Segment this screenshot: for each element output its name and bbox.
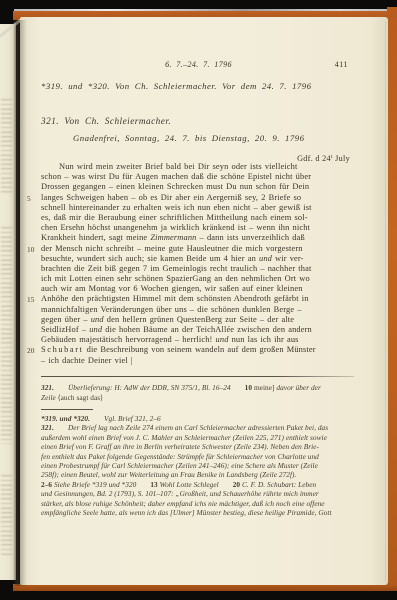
text-segment: besuchte, wundert sich auch; sie kamen B… xyxy=(41,254,259,263)
margin-line-number: 20 xyxy=(27,346,39,356)
text-segment: gegen über – xyxy=(41,315,91,324)
text-segment: 20 xyxy=(233,480,240,489)
text-line: schnell hintereinander zu erhalten weis … xyxy=(41,203,356,213)
text-line: es, daß mir die Beraubung einer schriftl… xyxy=(41,213,356,223)
text-segment: Nun wird mein zweiter Brief bald bei Dir… xyxy=(59,162,297,171)
text-segment: langes Schweigen haben – ob es Dir aber … xyxy=(41,193,301,202)
book-cover-right-edge xyxy=(387,7,397,593)
letter-321-place-date: Gnadenfrei, Sonntag, 24. 7. bis Dienstag… xyxy=(73,133,304,143)
text-line: Nun wird mein zweiter Brief bald bei Dir… xyxy=(41,162,356,172)
margin-line-number: 15 xyxy=(27,295,39,305)
text-line: 321.Der Brief lag nach Zeile 274 einem a… xyxy=(41,423,360,432)
text-segment: 321. xyxy=(41,423,54,432)
margin-line-number: 5 xyxy=(27,194,39,204)
text-segment: – ich dachte Deiner viel | xyxy=(41,356,133,365)
text-segment: ich mit Lotten einen sehr schönen Spazie… xyxy=(41,274,310,283)
text-line: Drossen gegangen – einen kleinen Schreck… xyxy=(41,182,356,192)
text-segment: schon – was wirst Du für Augen machen da… xyxy=(41,172,311,181)
text-segment: *319. und *320. xyxy=(41,414,90,423)
text-line: 5langes Schweigen haben – ob es Dir aber… xyxy=(41,193,356,203)
letter-321-heading: 321. Von Ch. Schleiermacher. xyxy=(41,116,171,126)
text-line: 321.Überlieferung: H: AdW der DDR, SN 37… xyxy=(41,383,358,393)
text-line: Zeile ⟨auch sagt das⟩ xyxy=(41,393,358,403)
text-segment: es, daß mir die Beraubung einer schriftl… xyxy=(41,213,308,222)
running-head-date: 6. 7.–24. 7. 1796 xyxy=(41,60,356,69)
text-line: ich mit Lotten einen sehr schönen Spazie… xyxy=(41,274,356,284)
text-line: 15Anhöhe den prächtigsten Himmel mit dem… xyxy=(41,294,356,304)
commentary-section: *319. und *320.Vgl. Brief 321, 2–6321.De… xyxy=(41,414,360,517)
text-line: schon – was wirst Du für Augen machen da… xyxy=(41,172,356,182)
scanned-book-photo: 6. 7.–24. 7. 1796 411 *319. und *320. Vo… xyxy=(0,0,397,600)
text-segment: – dann ists unverzeihlich daß xyxy=(197,233,305,242)
text-line: auch wir am Montag vor 6 Wochen giengen,… xyxy=(41,284,356,294)
text-segment: meine] xyxy=(252,383,276,392)
text-line: stärker, als blose ruhige Schönheit; dah… xyxy=(41,499,360,508)
text-segment: und xyxy=(259,254,272,263)
text-segment: empfängliche Seele hatte, als wenn ich d… xyxy=(41,508,332,517)
text-segment: und xyxy=(91,315,104,324)
text-line: einen Brief von F. Graff an ihre in Berl… xyxy=(41,442,360,451)
text-segment: einen Probestrumpf für Carl Schleiermach… xyxy=(41,461,318,470)
text-line: mannichfaltigen Veränderungen über uns –… xyxy=(41,305,356,315)
text-segment: davor über der xyxy=(276,383,320,392)
page-number: 411 xyxy=(335,60,348,69)
text-segment: Krankheit hindert, sagt meine xyxy=(41,233,150,242)
text-line: 258f); einen Beutel, wohl zur Weiterleit… xyxy=(41,470,360,479)
text-segment: fen enthielt das Paket folgende Gegenstä… xyxy=(41,452,319,461)
text-segment: 13 xyxy=(150,480,157,489)
book-page-411: 6. 7.–24. 7. 1796 411 *319. und *320. Vo… xyxy=(20,17,388,585)
text-segment: mannichfaltigen Veränderungen über uns –… xyxy=(41,305,302,314)
text-segment: 258f); einen Beutel, wohl zur Weiterleit… xyxy=(41,470,296,479)
text-line: *319. und *320.Vgl. Brief 321, 2–6 xyxy=(41,414,360,423)
text-line: außerdem wohl einen Brief von J. C. Mahl… xyxy=(41,433,360,442)
text-line: Krankheit hindert, sagt meine Zimmermann… xyxy=(41,233,356,243)
text-segment: Wohl Lotte Schlegel xyxy=(160,480,219,489)
text-line: brachten die Zeit biß gegen 7 im Gemeinl… xyxy=(41,264,356,274)
text-segment: ⟨auch sagt das⟩ xyxy=(56,393,103,402)
text-segment: auch wir am Montag vor 6 Wochen giengen,… xyxy=(41,284,303,293)
text-segment: C. F. D. Schubart: Leben xyxy=(242,480,316,489)
text-segment: und Gesinnungen, Bd. 2 (1793), S. 101–10… xyxy=(41,489,319,498)
facing-page-blurred-text xyxy=(1,472,12,558)
text-segment: Zimmermann xyxy=(150,233,196,242)
text-line: SeidlizHof – und die hohen Bäume an der … xyxy=(41,325,356,335)
text-line: empfängliche Seele hatte, als wenn ich d… xyxy=(41,508,360,517)
text-segment: wir ver- xyxy=(272,254,304,263)
text-segment: Anhöhe den prächtigsten Himmel mit dem s… xyxy=(41,294,309,303)
text-segment: 2–6 xyxy=(41,480,52,489)
text-line: 20Schubart die Beschreibung von seinem w… xyxy=(41,345,356,355)
text-line: chen Ersehn höchst unangenehm ja wirklic… xyxy=(41,223,356,233)
text-segment: den hellern grünen QuestenBerg zur Seite… xyxy=(104,315,294,324)
text-line: einen Probestrumpf für Carl Schleiermach… xyxy=(41,461,360,470)
text-segment: Drossen gegangen – einen kleinen Schreck… xyxy=(41,182,309,191)
text-segment: 10 xyxy=(245,383,252,392)
running-head: 6. 7.–24. 7. 1796 411 xyxy=(41,60,356,69)
margin-line-number: 10 xyxy=(27,245,39,255)
text-segment: Überlieferung: H: AdW der DDR, SN 375/1,… xyxy=(68,383,231,392)
photo-bottom-background xyxy=(0,591,397,600)
facing-page-blurred-text xyxy=(1,224,12,444)
book-gutter-shadow xyxy=(13,20,27,586)
text-segment: brachten die Zeit biß gegen 7 im Gemeinl… xyxy=(41,264,311,273)
text-segment: schnell hintereinander zu erhalten weis … xyxy=(41,203,312,212)
text-segment: SeidlizHof – xyxy=(41,325,89,334)
letter-body-text: Nun wird mein zweiter Brief bald bei Dir… xyxy=(41,162,356,366)
text-segment: Der Brief lag nach Zeile 274 einem an Ca… xyxy=(68,423,328,432)
text-segment: und xyxy=(216,335,229,344)
text-segment: Siehe Briefe *319 und *320 xyxy=(54,480,136,489)
text-segment: einen Brief von F. Graff an ihre in Berl… xyxy=(41,442,319,451)
text-segment: die Beschreibung von seinem wandeln auf … xyxy=(84,345,316,354)
text-line: 10der Mensch nicht schreibt – meine gute… xyxy=(41,244,356,254)
text-line: gegen über – und den hellern grünen Ques… xyxy=(41,315,356,325)
text-segment: nun las ich ihr aus xyxy=(229,335,299,344)
text-line: fen enthielt das Paket folgende Gegenstä… xyxy=(41,452,360,461)
letters-319-320-heading: *319. und *320. Von Ch. Schleiermacher. … xyxy=(41,81,356,91)
text-line: Gebäuden majestätisch hervorragend – her… xyxy=(41,335,356,345)
text-segment: die hohen Bäume an der TeichAllée zwisch… xyxy=(102,325,312,334)
text-segment: Zeile xyxy=(41,393,56,402)
apparatus-divider-rule xyxy=(41,376,354,377)
text-segment: außerdem wohl einen Brief von J. C. Mahl… xyxy=(41,433,327,442)
text-line: besuchte, wundert sich auch; sie kamen B… xyxy=(41,254,356,264)
text-segment: 321. xyxy=(41,383,54,392)
text-line: – ich dachte Deiner viel | xyxy=(41,356,356,366)
apparatus-section: 321.Überlieferung: H: AdW der DDR, SN 37… xyxy=(41,383,358,402)
text-segment: chen Ersehn höchst unangenehm ja wirklic… xyxy=(41,223,310,232)
text-line: und Gesinnungen, Bd. 2 (1793), S. 101–10… xyxy=(41,489,360,498)
text-segment: stärker, als blose ruhige Schönheit; dah… xyxy=(41,499,325,508)
commentary-divider-rule xyxy=(41,409,93,410)
facing-page-blurred-text xyxy=(1,96,12,196)
text-segment: Vgl. Brief 321, 2–6 xyxy=(104,414,161,423)
text-segment: Schubart xyxy=(41,345,84,354)
text-segment: der Mensch nicht schreibt – meine gute H… xyxy=(41,244,303,253)
text-segment: Gebäuden majestätisch hervorragend – her… xyxy=(41,335,216,344)
text-segment: und xyxy=(89,325,102,334)
text-line: 2–6 Siehe Briefe *319 und *32013 Wohl Lo… xyxy=(41,480,360,489)
